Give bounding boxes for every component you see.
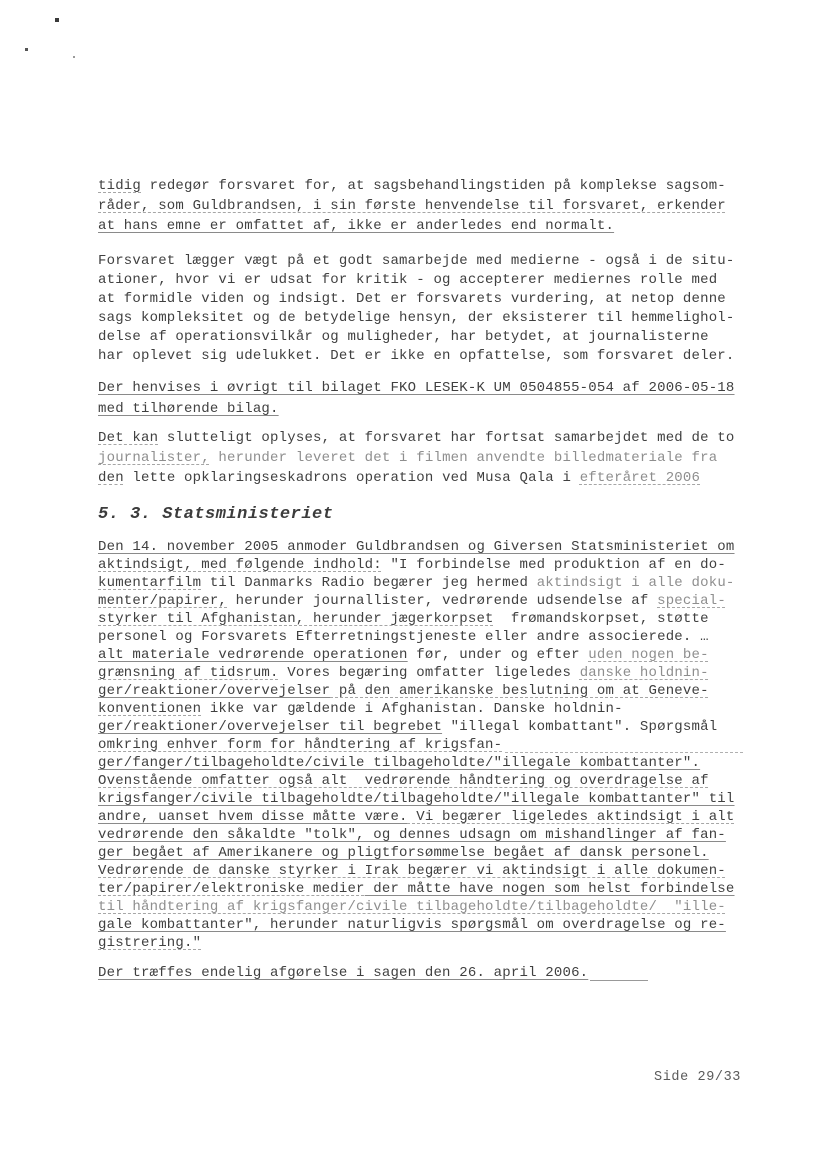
scanned-document-page: tidig redegør forsvaret for, at sagsbeha…	[0, 0, 826, 1169]
text-segment: aktindsigt, med følgende indhold:	[98, 557, 382, 573]
text-line: råder, som Guldbrandsen, i sin første he…	[98, 196, 768, 216]
scan-artifact	[590, 980, 648, 981]
text-segment: at formidle viden og indsigt. Det er for…	[98, 291, 726, 307]
text-line: ger/reaktioner/overvejelser til begrebet…	[98, 718, 768, 736]
text-segment: journalister,	[98, 450, 210, 466]
paragraph-6: Der træffes endelig afgørelse i sagen de…	[98, 963, 768, 983]
scan-speck	[55, 18, 59, 22]
text-line: andre, uanset hvem disse måtte være. Vi …	[98, 808, 768, 826]
text-segment: andre, uanset hvem disse måtte være.	[98, 809, 408, 825]
text-segment: ationer, hvor vi er udsat for kritik - o…	[98, 272, 717, 288]
text-segment: ger begået af Amerikanere og pligtforsøm…	[98, 845, 709, 861]
text-line: konventionen ikke var gældende i Afghani…	[98, 700, 768, 718]
text-segment: sags kompleksitet og de betydelige hensy…	[98, 310, 735, 326]
text-line: menter/papirer, herunder journallister, …	[98, 592, 768, 610]
text-segment: har oplevet sig udelukket. Det er ikke e…	[98, 348, 735, 364]
text-segment: Der træffes endelig afgørelse i sagen de…	[98, 965, 588, 981]
text-line: til håndtering af krigsfanger/civile til…	[98, 898, 768, 916]
scan-speck	[25, 48, 28, 51]
text-segment: ger/fanger/tilbageholdte/civile tilbageh…	[98, 755, 700, 771]
text-line: kumentarfilm til Danmarks Radio begærer …	[98, 574, 768, 592]
text-line: Den 14. november 2005 anmoder Guldbrands…	[98, 538, 768, 556]
text-segment: special-	[657, 593, 726, 609]
text-segment: til Danmarks Radio begærer jeg hermed	[201, 575, 536, 591]
text-line: har oplevet sig udelukket. Det er ikke e…	[98, 347, 768, 366]
text-line: gistrering."	[98, 934, 768, 952]
text-line: ger begået af Amerikanere og pligtforsøm…	[98, 844, 768, 862]
text-segment: redegør forsvaret for, at sagsbehandling…	[141, 178, 726, 194]
text-line: ger/fanger/tilbageholdte/civile tilbageh…	[98, 754, 768, 772]
text-segment: krigsfanger/civile tilbageholdte/tilbage…	[98, 791, 735, 807]
text-line: krigsfanger/civile tilbageholdte/tilbage…	[98, 790, 768, 808]
text-segment: uden nogen be-	[588, 647, 708, 663]
text-segment: ikke var gældende i Afghanistan. Danske …	[201, 701, 622, 717]
text-line: sags kompleksitet og de betydelige hensy…	[98, 309, 768, 328]
text-line: Forsvaret lægger vægt på et godt samarbe…	[98, 252, 768, 271]
text-segment: frømandskorpset, støtte	[494, 611, 709, 627]
text-line: gale kombattanter", herunder naturligvis…	[98, 916, 768, 934]
text-line: Der træffes endelig afgørelse i sagen de…	[98, 963, 768, 983]
text-segment: Vores begæring omfatter ligeledes	[279, 665, 580, 681]
text-segment: med tilhørende bilag.	[98, 401, 279, 417]
paragraph-5: Den 14. november 2005 anmoder Guldbrands…	[98, 538, 768, 952]
text-segment: tidig	[98, 178, 141, 194]
text-line: ter/papirer/elektroniske medier der mått…	[98, 880, 768, 898]
text-segment: Der henvises i øvrigt til bilaget FKO LE…	[98, 380, 735, 396]
text-segment: herunder journallister, vedrørende udsen…	[227, 593, 657, 609]
text-line: Ovenstående omfatter også alt vedrørende…	[98, 772, 768, 790]
text-line: styrker til Afghanistan, herunder jægerk…	[98, 610, 768, 628]
text-segment: gistrering."	[98, 935, 201, 951]
text-segment: før, under og efter	[408, 647, 589, 663]
text-segment: råder, som Guldbrandsen, i sin første he…	[98, 198, 726, 214]
text-segment: gale kombattanter", herunder naturligvis…	[98, 917, 726, 933]
text-segment: omkring enhver form for håndtering af kr…	[98, 737, 502, 753]
text-segment: styrker til Afghanistan, herunder jægerk…	[98, 611, 494, 627]
text-segment: til håndtering af krigsfanger/civile til…	[98, 899, 726, 915]
text-segment: Ovenstående omfatter også alt vedrørende…	[98, 773, 709, 789]
text-segment: Det kan	[98, 430, 158, 446]
text-segment: herunder leveret det i filmen anvendte b…	[210, 450, 717, 466]
text-segment: ger/reaktioner/overvejelser	[98, 683, 330, 699]
text-segment: ter/papirer/elektroniske medier	[98, 881, 365, 897]
text-segment: danske holdnin-	[580, 665, 709, 681]
text-segment: delse af operationsvilkår og muligheder,…	[98, 329, 709, 345]
page-number: Side 29/33	[654, 1070, 741, 1085]
text-segment: Den 14. november 2005 anmoder Guldbrands…	[98, 539, 735, 555]
text-segment: Vedrørende de danske styrker i Irak begæ…	[98, 863, 726, 879]
text-line: grænsning af tidsrum. Vores begæring omf…	[98, 664, 768, 682]
text-line: tidig redegør forsvaret for, at sagsbeha…	[98, 176, 768, 196]
text-line: vedrørende den såkaldte "tolk", og denne…	[98, 826, 768, 844]
text-segment: ger/reaktioner/overvejelser til begrebet	[98, 719, 442, 735]
text-segment: der måtte have nogen som helst forbindel…	[365, 881, 735, 897]
text-line: at formidle viden og indsigt. Det er for…	[98, 290, 768, 309]
text-segment: lette opklaringseskadrons operation ved …	[124, 470, 580, 486]
text-line: ger/reaktioner/overvejelser på den ameri…	[98, 682, 768, 700]
section-heading: 5. 3. Statsministeriet	[98, 505, 333, 524]
text-segment: at hans emne er omfattet af, ikke er and…	[98, 218, 614, 234]
text-segment: vedrørende den såkaldte "tolk", og denne…	[98, 827, 726, 843]
text-segment: efteråret 2006	[580, 470, 700, 486]
text-segment: alt materiale vedrørende operationen	[98, 647, 408, 663]
text-segment: aktindsigt i alle doku-	[537, 575, 735, 591]
text-line: med tilhørende bilag.	[98, 399, 768, 420]
text-line: delse af operationsvilkår og muligheder,…	[98, 328, 768, 347]
text-segment: den	[98, 470, 124, 486]
text-segment: slutteligt oplyses, at forsvaret har for…	[158, 430, 734, 446]
text-line: at hans emne er omfattet af, ikke er and…	[98, 216, 768, 236]
scan-speck	[73, 56, 75, 58]
text-line: journalister, herunder leveret det i fil…	[98, 448, 768, 468]
paragraph-2: Forsvaret lægger vægt på et godt samarbe…	[98, 252, 768, 366]
text-segment: på den amerikanske beslutning om at Gene…	[330, 683, 708, 699]
paragraph-3: Der henvises i øvrigt til bilaget FKO LE…	[98, 378, 768, 420]
paragraph-1: tidig redegør forsvaret for, at sagsbeha…	[98, 176, 768, 236]
text-segment: Vi begærer ligeledes aktindsigt i alt	[408, 809, 735, 825]
text-line: den lette opklaringseskadrons operation …	[98, 468, 768, 488]
scan-artifact	[505, 752, 743, 753]
text-line: Det kan slutteligt oplyses, at forsvaret…	[98, 428, 768, 448]
text-segment: konventionen	[98, 701, 201, 717]
text-line: Der henvises i øvrigt til bilaget FKO LE…	[98, 378, 768, 399]
text-segment: personel og Forsvarets Efterretningstjen…	[98, 629, 709, 645]
text-line: aktindsigt, med følgende indhold: "I for…	[98, 556, 768, 574]
text-segment: "illegal kombattant". Spørgsmål	[442, 719, 717, 735]
text-segment: kumentarfilm	[98, 575, 201, 591]
text-segment: menter/papirer,	[98, 593, 227, 609]
text-segment: grænsning af tidsrum.	[98, 665, 279, 681]
text-line: alt materiale vedrørende operationen før…	[98, 646, 768, 664]
text-line: ationer, hvor vi er udsat for kritik - o…	[98, 271, 768, 290]
text-line: Vedrørende de danske styrker i Irak begæ…	[98, 862, 768, 880]
paragraph-4: Det kan slutteligt oplyses, at forsvaret…	[98, 428, 768, 488]
text-line: personel og Forsvarets Efterretningstjen…	[98, 628, 768, 646]
text-segment: Forsvaret lægger vægt på et godt samarbe…	[98, 253, 735, 269]
text-segment: "I forbindelse med produktion af en do-	[382, 557, 726, 573]
